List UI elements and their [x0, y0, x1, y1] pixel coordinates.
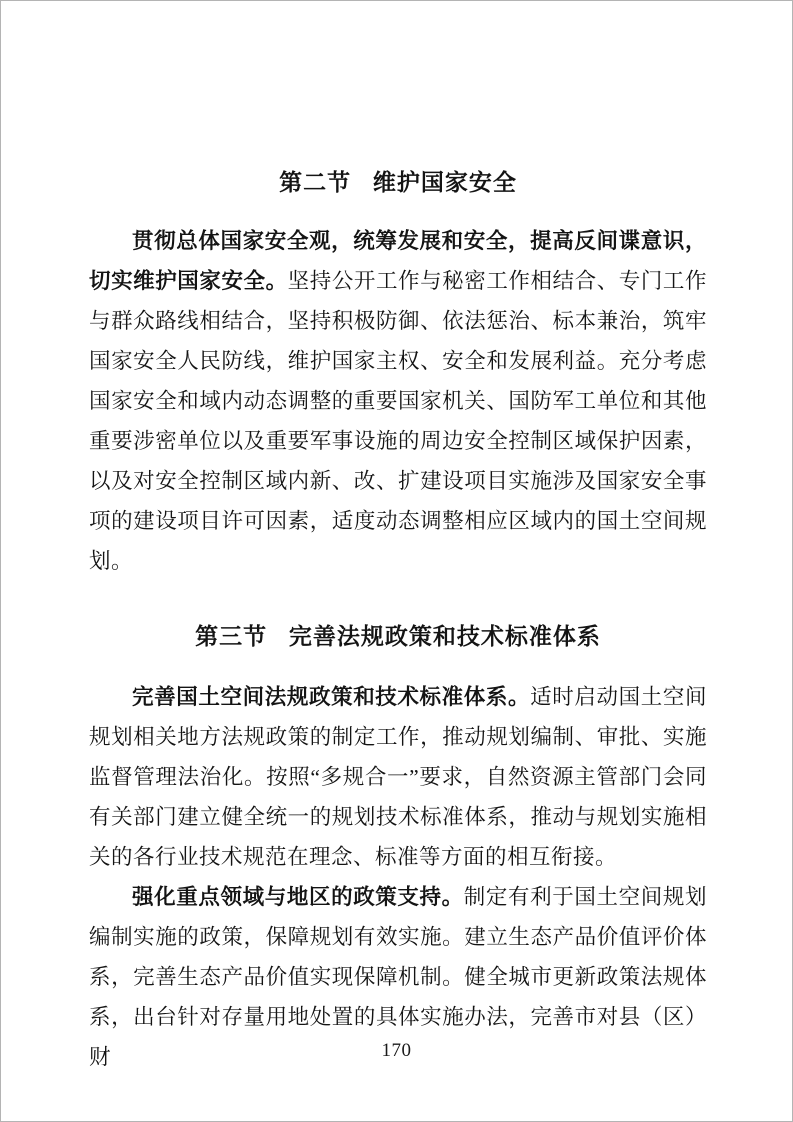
section-title: 完善法规政策和技术标准体系: [289, 624, 601, 649]
paragraph-legal-standards: 完善国土空间法规政策和技术标准体系。适时启动国土空间规划相关地方法规政策的制定工…: [89, 677, 707, 877]
paragraph-lead: 强化重点领域与地区的政策支持。: [132, 885, 464, 909]
page-number: 170: [1, 1039, 792, 1063]
paragraph-national-security: 贯彻总体国家安全观，统筹发展和安全，提高反间谍意识，切实维护国家安全。坚持公开工…: [89, 221, 707, 581]
section-heading-3: 第三节完善法规政策和技术标准体系: [89, 622, 707, 652]
section-number: 第三节: [195, 624, 267, 649]
section-number: 第二节: [279, 170, 351, 195]
document-page: 第二节维护国家安全 贯彻总体国家安全观，统筹发展和安全，提高反间谍意识，切实维护…: [0, 0, 793, 1122]
paragraph-body: 适时启动国土空间规划相关地方法规政策的制定工作，推动规划编制、审批、实施监督管理…: [89, 685, 707, 869]
section-heading-2: 第二节维护国家安全: [89, 168, 707, 198]
section-title: 维护国家安全: [373, 170, 517, 195]
paragraph-lead: 完善国土空间法规政策和技术标准体系。: [132, 685, 530, 709]
page-content: 第二节维护国家安全 贯彻总体国家安全观，统筹发展和安全，提高反间谍意识，切实维护…: [1, 168, 792, 1077]
paragraph-body: 坚持公开工作与秘密工作相结合、专门工作与群众路线相结合，坚持积极防御、依法惩治、…: [89, 269, 707, 573]
